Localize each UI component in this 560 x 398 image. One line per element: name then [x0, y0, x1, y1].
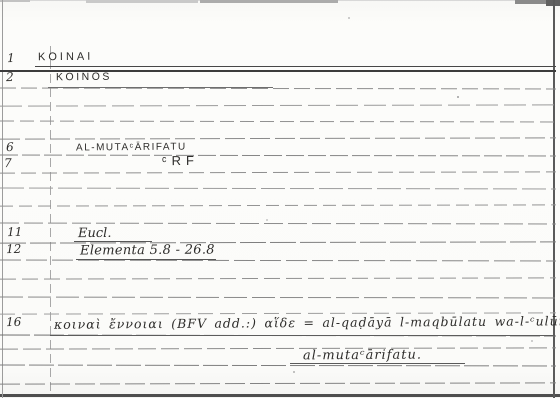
entry-text-al-mutaarifatu-continuation: al-mutaᶜārifatu.: [303, 348, 422, 364]
rule-dark-segment: [35, 66, 556, 68]
line-number-12: 12: [6, 242, 22, 256]
line-number-6: 6: [6, 140, 14, 154]
ruled-line: [0, 277, 556, 279]
line-number-1: 1: [7, 51, 15, 65]
ruled-line: [0, 382, 556, 384]
scan-speck: [293, 371, 295, 373]
entry-text-crf: ᶜRF: [162, 153, 199, 168]
ruled-line: [0, 347, 556, 349]
ruled-line: [0, 171, 556, 173]
scan-edge-bottom: [0, 394, 560, 397]
margin-rule-dashed: [50, 46, 51, 394]
card-left-border: [2, 0, 3, 398]
scan-edge-top-segment: [0, 0, 30, 2]
scan-speck: [531, 340, 533, 342]
line-number-16: 16: [6, 315, 22, 329]
entry-text-koinai-ennoiai: κοιναὶ ἔννοιαι (BFV add.:) αἵδε = al-qaḍ…: [54, 313, 560, 332]
scan-speck: [266, 219, 268, 221]
ruled-line: [0, 137, 556, 139]
rule-dark-segment: [50, 335, 555, 336]
entry-text-al-mutaarifatu: AL-MUTAᶜĀRIFATU: [76, 142, 187, 154]
ruled-line: [0, 188, 556, 190]
line-number-2: 2: [6, 70, 14, 84]
card-right-border: [553, 0, 555, 398]
ruled-line: [0, 204, 556, 206]
rule-dark-segment: [48, 87, 273, 88]
scanned-index-card: 1 KOINAI 2 KOINOS 6 AL-MUTAᶜĀRIFATU 7 ᶜR…: [0, 0, 560, 398]
line-number-7: 7: [4, 156, 12, 170]
scan-speck: [457, 96, 459, 98]
entry-text-koinos: KOINOS: [56, 71, 112, 83]
scan-edge-top-segment: [86, 0, 198, 3]
ruled-line: [0, 121, 556, 123]
entry-text-koinai: KOINAI: [38, 51, 93, 63]
rule-dark-segment: [76, 259, 216, 260]
ruled-line: [0, 104, 556, 106]
ruled-line: [0, 297, 556, 299]
scan-edge-top-segment: [200, 0, 338, 3]
ruled-line: [0, 365, 556, 367]
line-number-11: 11: [7, 225, 23, 239]
entry-text-eucl: Eucl.: [78, 226, 112, 241]
ruled-line: [0, 223, 556, 225]
ruled-line: [0, 155, 556, 157]
entry-text-elementa: Elementa 5.8 - 26.8: [80, 243, 215, 259]
scan-speck: [348, 17, 350, 19]
